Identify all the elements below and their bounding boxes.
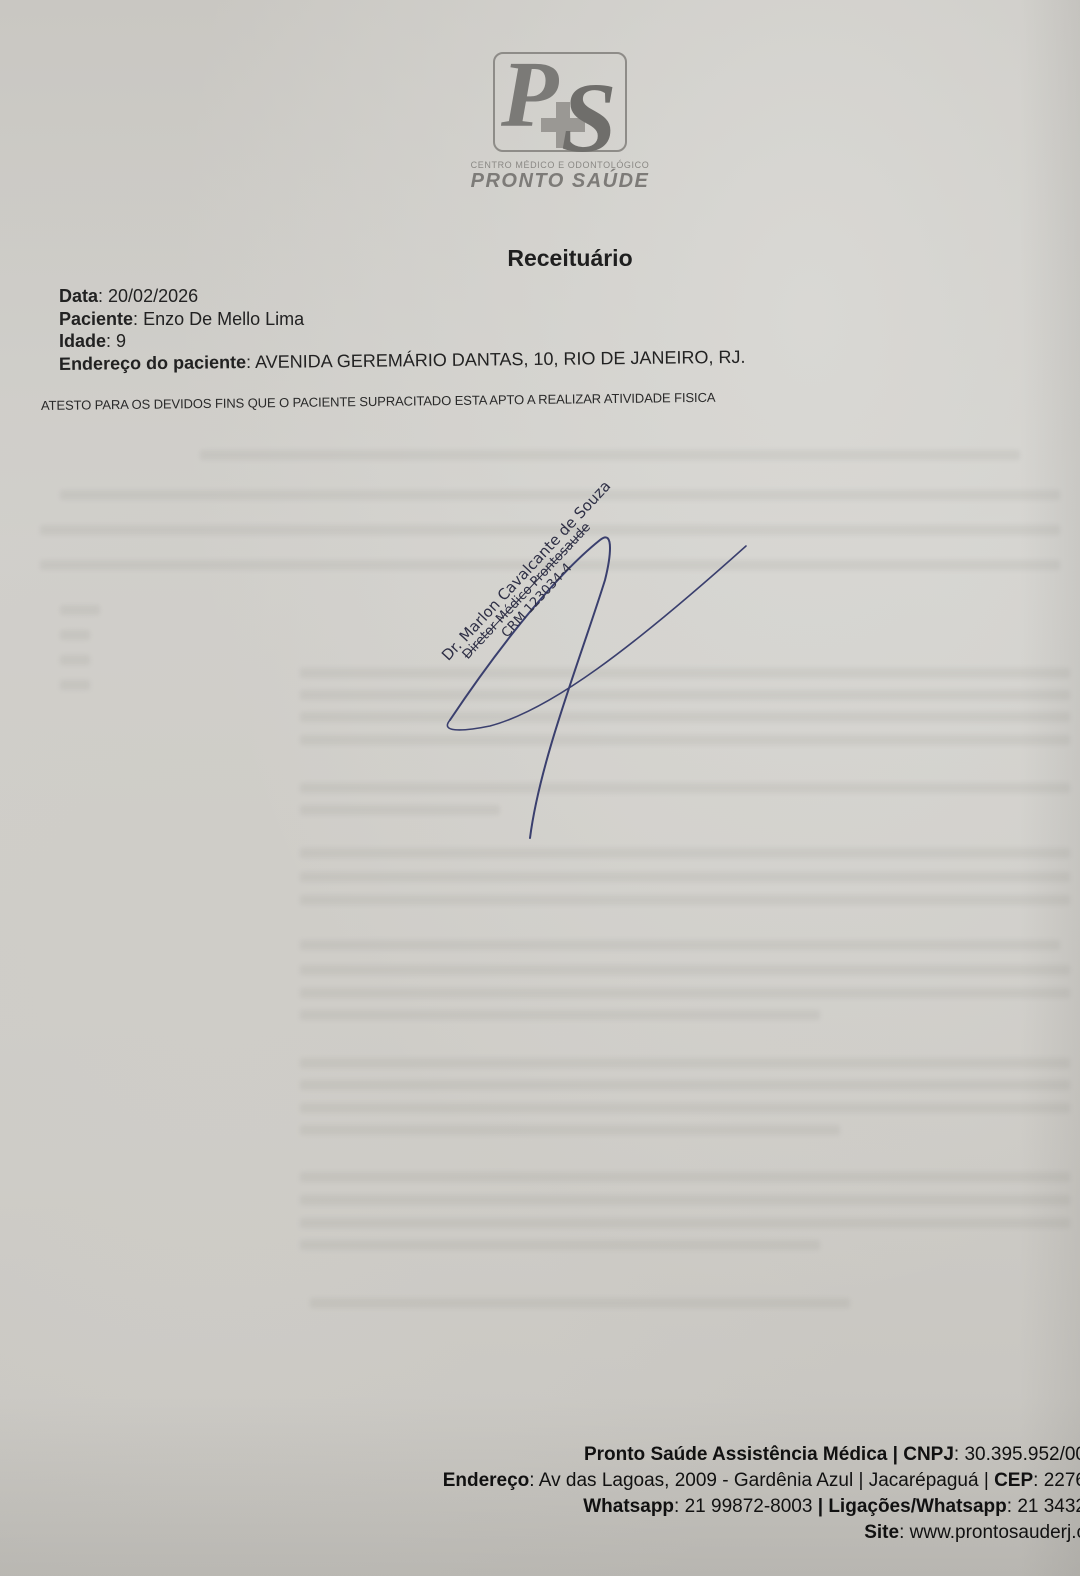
field-patient: Paciente: Enzo De Mello Lima xyxy=(59,308,746,331)
field-label: Data xyxy=(59,286,98,306)
footer-site-link: www.prontosauderj.c xyxy=(910,1522,1080,1543)
field-label: Idade xyxy=(59,331,106,351)
footer-company-row: Pronto Saúde Assistência Médica | CNPJ: … xyxy=(443,1442,1080,1468)
field-value: AVENIDA GEREMÁRIO DANTAS, 10, RIO DE JAN… xyxy=(255,346,746,371)
footer-whatsapp-value: 21 99872-8003 xyxy=(685,1496,813,1517)
patient-info: Data: 20/02/2026 Paciente: Enzo De Mello… xyxy=(59,285,746,375)
footer-cnpj-value: 30.395.952/00 xyxy=(964,1444,1080,1465)
logo-letter-s: S xyxy=(561,68,617,168)
footer-calls-value: 21 3432 xyxy=(1017,1496,1080,1517)
document-title: Receituário xyxy=(0,245,1080,272)
field-value: Enzo De Mello Lima xyxy=(143,309,304,329)
footer-site-label: Site xyxy=(864,1522,899,1543)
footer-address-row: Endereço: Av das Lagoas, 2009 - Gardênia… xyxy=(443,1468,1080,1494)
clinic-logo: P S CENTRO MÉDICO E ODONTOLÓGICO PRONTO … xyxy=(440,52,680,193)
footer-address-value: Av das Lagoas, 2009 - Gardênia Azul | Ja… xyxy=(539,1470,989,1491)
field-date: Data: 20/02/2026 xyxy=(59,285,746,308)
footer-cnpj-label: CNPJ xyxy=(903,1444,954,1465)
footer-whatsapp-label: Whatsapp xyxy=(583,1496,674,1517)
attestation-text: ATESTO PARA OS DEVIDOS FINS QUE O PACIEN… xyxy=(41,390,716,413)
field-label: Paciente xyxy=(59,309,133,329)
footer-calls-label: Ligações/Whatsapp xyxy=(828,1496,1006,1517)
footer-cep-label: CEP xyxy=(994,1470,1033,1491)
footer-contact: Pronto Saúde Assistência Médica | CNPJ: … xyxy=(443,1442,1080,1546)
logo-mark: P S xyxy=(493,52,627,152)
footer-company: Pronto Saúde Assistência Médica xyxy=(584,1444,887,1465)
footer-address-label: Endereço xyxy=(443,1470,530,1491)
field-label: Endereço do paciente xyxy=(59,352,246,374)
logo-subtitle: CENTRO MÉDICO E ODONTOLÓGICO xyxy=(440,160,680,170)
field-value: 9 xyxy=(116,331,126,351)
footer-phone-row: Whatsapp: 21 99872-8003 | Ligações/Whats… xyxy=(443,1494,1080,1520)
footer-cep-value: 2276 xyxy=(1044,1470,1080,1491)
logo-name: PRONTO SAÚDE xyxy=(440,170,680,193)
footer-site-row: Site: www.prontosauderj.c xyxy=(443,1520,1080,1546)
signature-icon xyxy=(430,520,770,850)
field-value: 20/02/2026 xyxy=(108,286,198,306)
